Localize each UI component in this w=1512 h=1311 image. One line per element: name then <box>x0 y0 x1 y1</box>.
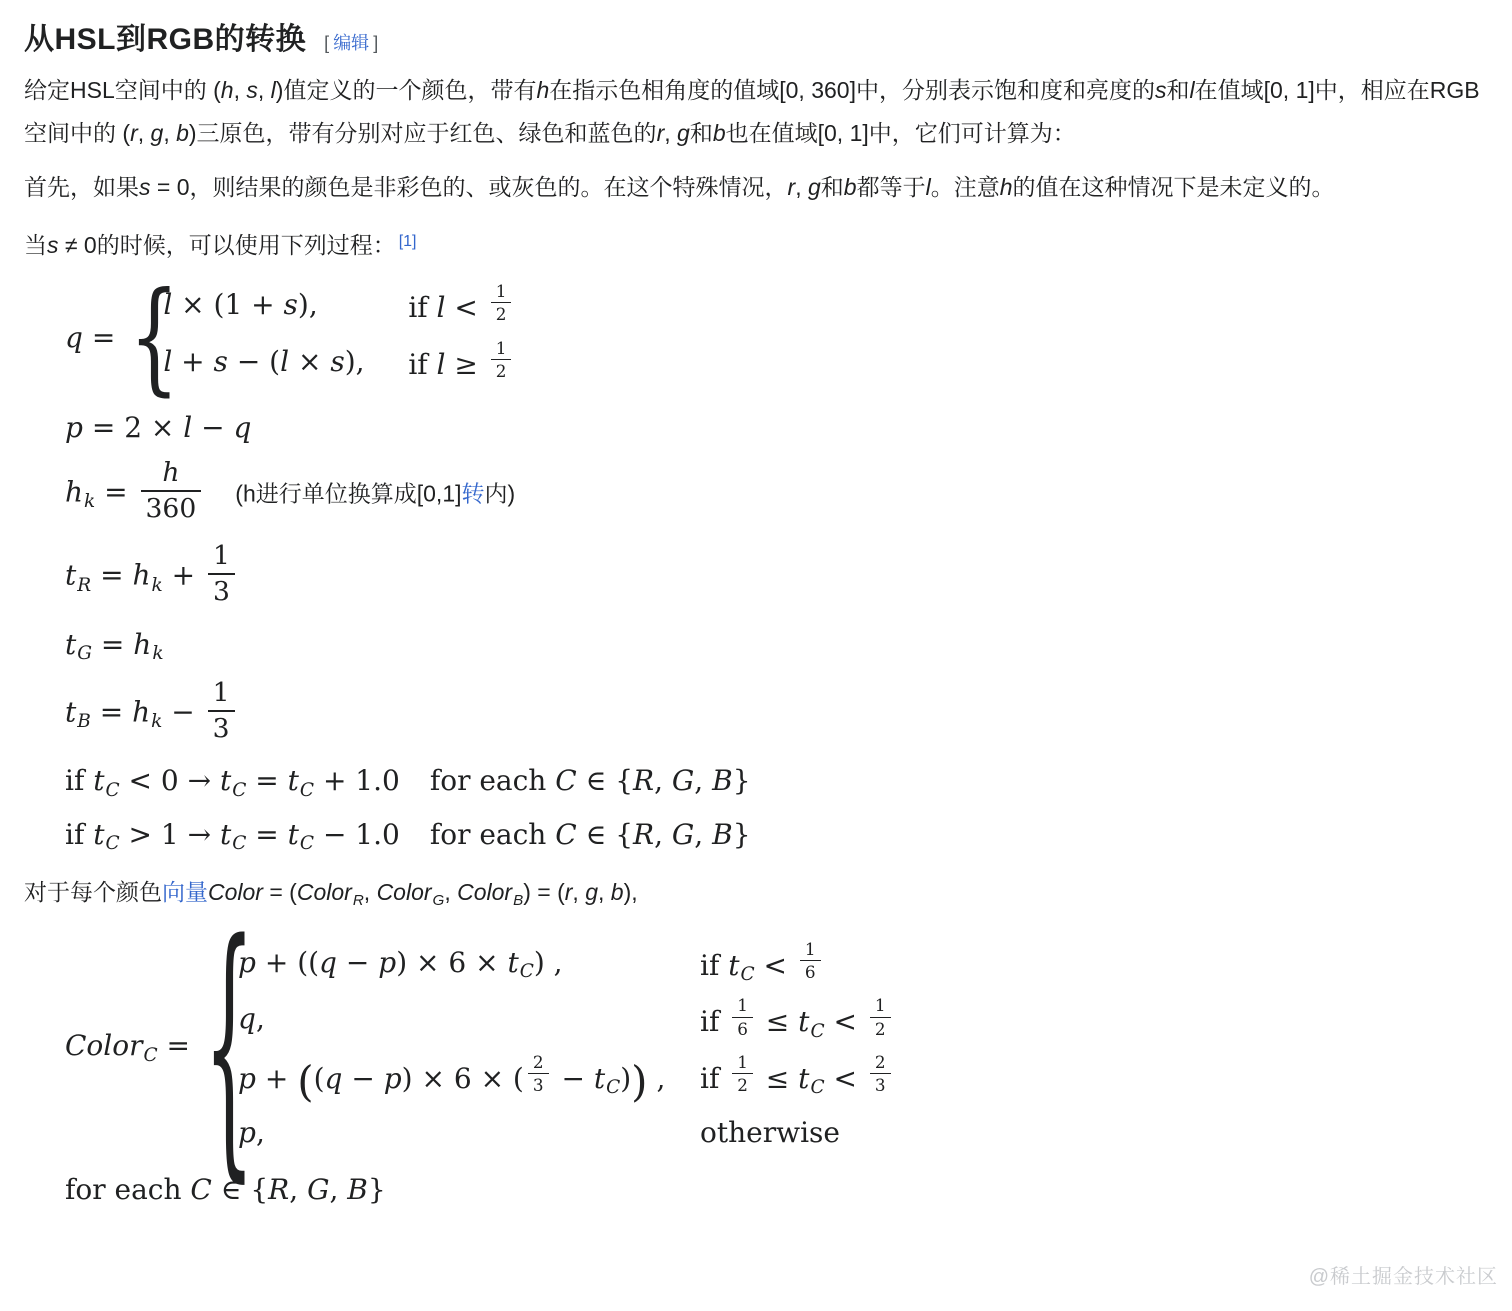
text-run: } <box>733 764 751 797</box>
text-run: × <box>289 345 330 378</box>
text-run: l <box>183 411 192 444</box>
text-run: = <box>91 696 132 729</box>
fraction: 12 <box>870 996 891 1039</box>
text-run: , <box>694 818 712 851</box>
text-run: p <box>65 411 83 444</box>
paragraph-intro: 给定HSL空间中的 (h, s, l)值定义的一个颜色，带有h在指示色相角度的值… <box>24 69 1484 155</box>
text-run: = <box>158 1029 190 1062</box>
text-run: h <box>133 628 151 661</box>
text-run: s <box>246 77 258 103</box>
text-run: , <box>654 818 672 851</box>
text-run: s <box>1155 77 1167 103</box>
case-condition: if l < 12 <box>408 281 515 338</box>
text-run: t <box>65 696 76 729</box>
text-run: )值定义的一个颜色，带有 <box>276 77 537 103</box>
formula-hk: hk = h360(h进行单位换算成[0,1]转内) <box>65 461 1484 527</box>
text-run: 给定HSL空间中的 ( <box>24 77 221 103</box>
fraction: 12 <box>491 339 512 382</box>
text-run: ( <box>235 481 243 507</box>
text-run: B <box>513 892 523 909</box>
text-run: , <box>444 879 457 905</box>
text-run: C <box>300 780 314 801</box>
fraction: 23 <box>528 1053 549 1096</box>
formula-foreach: for each C ∈ {R, G, B} <box>65 1173 1484 1206</box>
cases-brace: { <box>129 292 147 383</box>
text-run: 和 <box>1166 77 1189 103</box>
text-run: C <box>740 964 754 985</box>
formula-p: p = 2 × l − q <box>65 411 1484 444</box>
text-run: G <box>672 764 694 797</box>
text-run: p <box>384 1062 402 1095</box>
text-run: ), <box>345 345 365 378</box>
text-run: b <box>713 120 726 146</box>
vector-link[interactable]: 向量 <box>162 879 208 905</box>
text-run: h <box>65 476 83 509</box>
fraction-numerator: 1 <box>208 678 235 710</box>
text-run: 首先，如果 <box>24 174 139 200</box>
text-run: otherwise <box>700 1116 840 1149</box>
text-run: h <box>221 77 234 103</box>
reference-1-link[interactable]: [1] <box>399 233 417 250</box>
text-run: for each <box>430 818 555 851</box>
text-run: , <box>256 1002 265 1035</box>
text-run: t <box>594 1062 605 1095</box>
fraction: 12 <box>732 1053 753 1096</box>
fraction-denominator: 3 <box>528 1073 549 1095</box>
text-run: + <box>256 1062 297 1095</box>
text-run: C <box>606 1077 620 1098</box>
case-expression: p + ((q − p) × 6 × (23 − tC)) , <box>238 1052 700 1109</box>
text-run: Color <box>377 879 432 905</box>
text-run: q <box>65 321 83 354</box>
text-run: = <box>95 476 136 509</box>
text-run: ) <box>620 1062 631 1095</box>
text-run: ) × 6 × ( <box>402 1062 524 1095</box>
fraction: 23 <box>870 1053 891 1096</box>
fraction: 16 <box>800 940 821 983</box>
fraction: 12 <box>491 282 512 325</box>
formula-lhs: q = <box>65 321 115 354</box>
text-run: k <box>151 711 162 732</box>
edit-bracket-close: ] <box>369 33 382 53</box>
text-run: 在指示色相角度的值域[0, 360]中，分别表示饱和度和亮度的 <box>549 77 1155 103</box>
text-run: if <box>700 1005 728 1038</box>
text-run: q <box>234 411 252 444</box>
text-run: < <box>825 1062 866 1095</box>
text-run: if <box>408 291 436 324</box>
text-run: t <box>220 818 231 851</box>
text-run: h <box>1000 174 1013 200</box>
fraction-denominator: 6 <box>800 960 821 982</box>
text-run: l <box>437 347 446 380</box>
text-run: ≤ <box>757 1062 798 1095</box>
text-run: − <box>192 411 233 444</box>
text-run: ) , <box>534 946 563 979</box>
fraction-denominator: 3 <box>208 710 235 745</box>
text-run: if <box>700 1062 728 1095</box>
text-run: − <box>337 946 378 979</box>
text-run: = <box>91 559 132 592</box>
text-run: , <box>163 120 176 146</box>
text-run: C <box>810 1021 824 1042</box>
text-run: + (( <box>256 946 319 979</box>
text-run: C <box>105 833 119 854</box>
text-run: , <box>795 174 808 200</box>
fraction-numerator: 1 <box>491 282 512 302</box>
text-run: C <box>555 818 576 851</box>
fraction-denominator: 2 <box>491 302 512 324</box>
text-run: 当 <box>24 232 47 258</box>
fraction: h360 <box>141 458 202 524</box>
fraction-denominator: 3 <box>208 573 235 608</box>
text-run: t <box>220 764 231 797</box>
case-condition: if 12 ≤ tC < 23 <box>700 1052 895 1109</box>
formula-tb: tB = hk − 13 <box>65 681 1484 747</box>
text-run: h <box>132 559 150 592</box>
cases-grid: p + ((q − p) × 6 × tC) ,if tC < 16q,if 1… <box>238 939 895 1156</box>
text-run: if <box>408 347 436 380</box>
fraction: 13 <box>208 678 235 744</box>
text-run: C <box>143 1045 157 1066</box>
text-run: ≥ <box>446 347 487 380</box>
text-run: g <box>808 174 821 200</box>
text-run: g <box>677 120 690 146</box>
text-run: for each <box>65 1173 190 1206</box>
section-heading: 从HSL到RGB的转换 [编辑] <box>24 14 1484 58</box>
text-run: G <box>433 892 445 909</box>
article-section: 从HSL到RGB的转换 [编辑] 给定HSL空间中的 (h, s, l)值定义的… <box>0 0 1512 1206</box>
formula-q-cases: q = {l × (1 + s),if l < 12l + s − (l × s… <box>65 281 1484 394</box>
formula-lhs: ColorC = <box>65 1029 190 1066</box>
watermark: @稀土掘金技术社区 <box>1309 1260 1498 1289</box>
text-run: l <box>280 345 289 378</box>
text-run: G <box>307 1173 329 1206</box>
text-run: t <box>798 1005 809 1038</box>
fraction-denominator: 6 <box>732 1017 753 1039</box>
text-run: t <box>288 818 299 851</box>
cases-brace: { <box>204 944 222 1150</box>
cases-grid: l × (1 + s),if l < 12l + s − (l × s),if … <box>163 281 515 394</box>
text-run: B <box>77 711 91 732</box>
text-run: < <box>825 1005 866 1038</box>
text-run: G <box>672 818 694 851</box>
text-run: > 1 → <box>120 818 220 851</box>
text-run: C <box>232 780 246 801</box>
text-run: C <box>810 1077 824 1098</box>
edit-link[interactable]: 编辑 <box>333 33 369 53</box>
text-run: + 1.0 <box>314 764 400 797</box>
case-expression: p + ((q − p) × 6 × tC) , <box>238 939 700 996</box>
fraction: 16 <box>732 996 753 1039</box>
fraction-numerator: 1 <box>800 940 821 960</box>
formula-wrap-positive: if tC > 1 → tC = tC − 1.0for each C ∈ {R… <box>65 818 1484 855</box>
text-run: = 2 × <box>83 411 183 444</box>
case-expression: l + s − (l × s), <box>163 338 408 395</box>
text-run: s <box>139 174 151 200</box>
text-run: R <box>633 818 654 851</box>
text-run: } <box>368 1173 386 1206</box>
fraction-numerator: 2 <box>528 1053 549 1073</box>
text-run: t <box>93 818 104 851</box>
fraction-numerator: 1 <box>870 996 891 1016</box>
case-expression: l × (1 + s), <box>163 281 408 338</box>
fraction-numerator: 2 <box>870 1053 891 1073</box>
text-run: R <box>633 764 654 797</box>
text-run: < 0 → <box>120 764 220 797</box>
fraction-numerator: 1 <box>732 1053 753 1073</box>
text-run: t <box>507 946 518 979</box>
edit-bracket-open: [ <box>320 33 333 53</box>
text-run: s <box>330 345 344 378</box>
fraction-numerator: h <box>157 458 184 490</box>
text-run: k <box>84 491 95 512</box>
text-run: ( <box>297 1057 313 1106</box>
text-run: t <box>65 628 76 661</box>
text-run: t <box>93 764 104 797</box>
text-run: , <box>694 764 712 797</box>
case-condition: if 16 ≤ tC < 12 <box>700 995 895 1052</box>
text-run: C <box>105 780 119 801</box>
text-run: , <box>654 764 672 797</box>
text-run: B <box>347 1173 368 1206</box>
text-run: < <box>755 949 796 982</box>
text-run: h <box>132 696 150 729</box>
text-run: )三原色，带有分别对应于红色、绿色和蓝色的 <box>189 120 657 146</box>
text-run: p <box>378 946 396 979</box>
text-run: ∈ { <box>577 818 633 851</box>
text-run: if <box>700 949 728 982</box>
formula-wrap-negative: if tC < 0 → tC = tC + 1.0for each C ∈ {R… <box>65 764 1484 801</box>
text-run: q <box>319 946 337 979</box>
text-run: t <box>798 1062 809 1095</box>
case-expression: p, <box>238 1109 700 1156</box>
text-run: } <box>733 818 751 851</box>
text-run: 对于每个颜色 <box>24 879 162 905</box>
text-run: − <box>162 696 203 729</box>
formula-colorc-cases: ColorC = {p + ((q − p) × 6 × tC) ,if tC … <box>65 939 1484 1156</box>
text-run: 的值在这种情况下是未定义的。 <box>1012 174 1334 200</box>
text-run: s <box>284 288 298 321</box>
text-run: 都等于 <box>857 174 926 200</box>
text-run: ) = ( <box>523 879 565 905</box>
text-run: 。注意 <box>931 174 1000 200</box>
case-condition: otherwise <box>700 1109 895 1156</box>
text-run: = 0，则结果的颜色是非彩色的、或灰色的。在这个特殊情况， <box>151 174 788 200</box>
text-run: − <box>342 1062 383 1095</box>
paragraph-procedure-intro: 当s ≠ 0的时候，可以使用下列过程：[1] <box>24 220 1484 267</box>
text-run: s <box>47 232 59 258</box>
text-run: R <box>268 1173 289 1206</box>
formula-tr: tR = hk + 13 <box>65 544 1484 610</box>
text-run: C <box>520 961 534 982</box>
text-run: C <box>300 833 314 854</box>
text-run: − ( <box>228 345 280 378</box>
text-run: , <box>598 879 611 905</box>
case-condition: if l ≥ 12 <box>408 338 515 395</box>
text-run: g <box>151 120 164 146</box>
fraction-numerator: 1 <box>491 339 512 359</box>
text-run: ) × 6 × <box>396 946 507 979</box>
text-run: × (1 + <box>172 288 283 321</box>
text-run: < <box>446 291 487 324</box>
text-run: − 1.0 <box>314 818 400 851</box>
text-run: l <box>437 291 446 324</box>
text-run: ≠ 0的时候，可以使用下列过程： <box>59 232 396 258</box>
fraction-denominator: 2 <box>870 1017 891 1039</box>
text-run: for each <box>430 764 555 797</box>
text-run: C <box>555 764 576 797</box>
text-run: q <box>325 1062 343 1095</box>
text-run: r <box>130 120 138 146</box>
text-run: Color <box>297 879 352 905</box>
text-run: 内) <box>485 481 516 507</box>
text-run: 也在值域[0, 1]中，它们可计算为： <box>726 120 1076 146</box>
text-run: C <box>232 833 246 854</box>
text-run: , <box>364 879 377 905</box>
text-run: 进行单位换算成[0,1] <box>256 481 462 507</box>
text-run: k <box>151 575 162 596</box>
text-run: + <box>163 559 204 592</box>
text-run: , <box>258 77 271 103</box>
text-run: , <box>664 120 677 146</box>
turn-link[interactable]: 转 <box>462 481 485 507</box>
text-run: = <box>83 321 115 354</box>
text-run: = <box>92 628 133 661</box>
text-run: if <box>65 818 93 851</box>
text-run: , <box>329 1173 347 1206</box>
text-run: ) <box>631 1057 647 1106</box>
text-run: k <box>152 643 163 664</box>
text-run: R <box>77 575 91 596</box>
text-run: , <box>572 879 585 905</box>
edit-section: [编辑] <box>320 29 382 55</box>
text-run: , <box>289 1173 307 1206</box>
text-run: = <box>246 818 287 851</box>
fraction-denominator: 360 <box>141 490 202 525</box>
text-run: , <box>234 77 247 103</box>
fraction-denominator: 2 <box>491 359 512 381</box>
fraction: 13 <box>208 541 235 607</box>
text-run: G <box>77 643 92 664</box>
text-run: b <box>844 174 857 200</box>
text-run: t <box>288 764 299 797</box>
text-run: b <box>176 120 189 146</box>
text-run: , <box>138 120 151 146</box>
text-run: if <box>65 764 93 797</box>
text-run: , <box>256 1116 265 1149</box>
text-run: B <box>712 818 733 851</box>
text-run: ( <box>314 1062 325 1095</box>
text-run: = <box>246 764 287 797</box>
text-run: 和 <box>690 120 713 146</box>
text-run: = ( <box>263 879 297 905</box>
text-run: Color <box>65 1029 142 1062</box>
formula-tg: tG = hk <box>65 628 1484 665</box>
text-run: B <box>712 764 733 797</box>
text-run: Color <box>457 879 512 905</box>
text-run: ), <box>624 879 638 905</box>
fraction-denominator: 2 <box>732 1073 753 1095</box>
text-run: R <box>353 892 364 909</box>
fraction-numerator: 1 <box>208 541 235 573</box>
text-run: t <box>728 949 739 982</box>
text-run: h <box>536 77 549 103</box>
case-condition: if tC < 16 <box>700 939 895 996</box>
text-run: h <box>243 481 256 507</box>
text-run: ∈ { <box>577 764 633 797</box>
paragraph-gray-case: 首先，如果s = 0，则结果的颜色是非彩色的、或灰色的。在这个特殊情况，r, g… <box>24 166 1484 209</box>
text-run: − <box>553 1062 594 1095</box>
page-title: 从HSL到RGB的转换 <box>24 14 306 58</box>
text-run: , <box>648 1062 666 1095</box>
case-expression: q, <box>238 995 700 1052</box>
fraction-denominator: 3 <box>870 1073 891 1095</box>
text-run: 和 <box>821 174 844 200</box>
text-run: ), <box>298 288 318 321</box>
text-run: b <box>611 879 624 905</box>
text-run: ≤ <box>757 1005 798 1038</box>
text-run: t <box>65 559 76 592</box>
text-run: s <box>214 345 228 378</box>
text-run: g <box>585 879 598 905</box>
fraction-numerator: 1 <box>732 996 753 1016</box>
